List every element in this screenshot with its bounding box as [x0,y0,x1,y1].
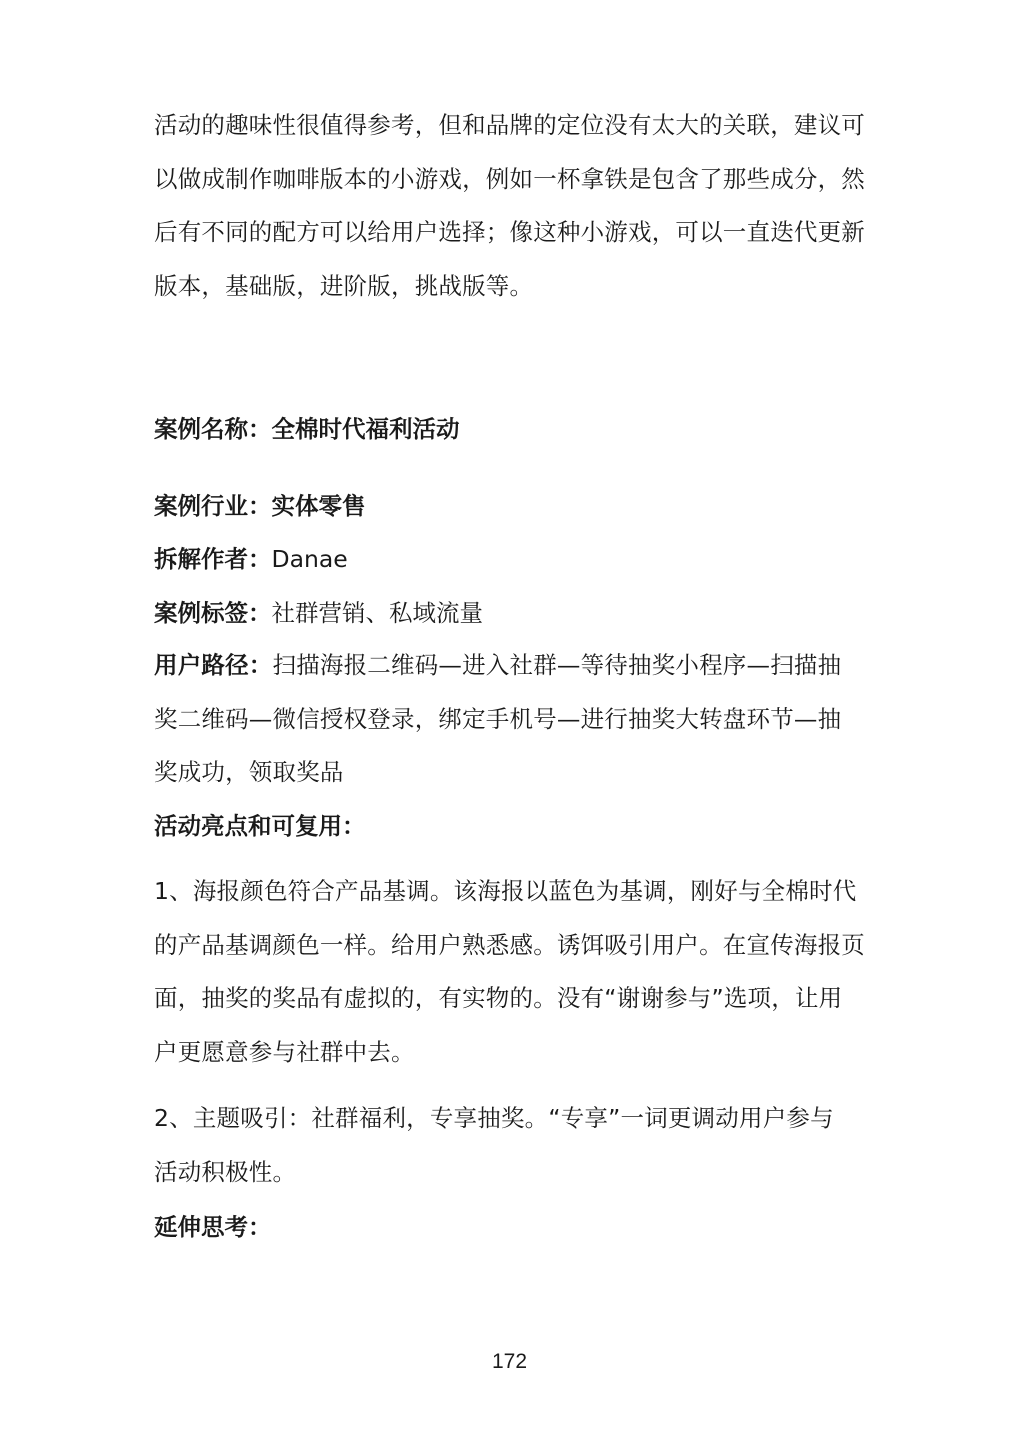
page-number: 172 [0,1350,1019,1374]
text-line: 以做成制作咖啡版本的小游戏，例如一杯拿铁是包含了那些成分，然 [154,153,870,207]
text-line: 用户路径：扫描海报二维码—进入社群—等待抽奖小程序—扫描抽 [154,639,870,693]
case-author-value: Danae [272,545,348,573]
highlight-2-paragraph: 2、主题吸引：社群福利，专享抽奖。“专享”一词更调动用户参与 活动积极性。 [154,1092,870,1199]
case-industry-row: 案例行业：实体零售 [154,491,366,521]
user-path-label: 用户路径： [154,651,273,679]
case-industry-value: 实体零售 [272,492,366,520]
case-name-value: 全棉时代福利活动 [272,415,460,443]
text-line: 版本，基础版，进阶版，挑战版等。 [154,260,870,314]
case-name-label: 案例名称： [154,415,272,443]
user-path-paragraph: 用户路径：扫描海报二维码—进入社群—等待抽奖小程序—扫描抽 奖二维码—微信授权登… [154,639,870,800]
case-industry-label: 案例行业： [154,492,272,520]
case-author-row: 拆解作者：Danae [154,544,348,574]
case-tags-label: 案例标签： [154,599,272,627]
text-line: 1、海报颜色符合产品基调。该海报以蓝色为基调，刚好与全棉时代 [154,865,870,919]
text-line: 活动的趣味性很值得参考，但和品牌的定位没有太大的关联，建议可 [154,99,870,153]
text-line: 奖二维码—微信授权登录，绑定手机号—进行抽奖大转盘环节—抽 [154,693,870,747]
text-line: 奖成功，领取奖品 [154,746,870,800]
user-path-text: 扫描海报二维码—进入社群—等待抽奖小程序—扫描抽 [273,651,842,679]
text-line: 2、主题吸引：社群福利，专享抽奖。“专享”一词更调动用户参与 [154,1092,870,1146]
text-line: 后有不同的配方可以给用户选择；像这种小游戏，可以一直迭代更新 [154,206,870,260]
highlights-heading: 活动亮点和可复用： [154,811,366,841]
text-line: 的产品基调颜色一样。给用户熟悉感。诱饵吸引用户。在宣传海报页 [154,919,870,973]
case-tags-value: 社群营销、私域流量 [272,599,484,627]
highlight-1-paragraph: 1、海报颜色符合产品基调。该海报以蓝色为基调，刚好与全棉时代 的产品基调颜色一样… [154,865,870,1079]
text-line: 面，抽奖的奖品有虚拟的，有实物的。没有“谢谢参与”选项，让用 [154,972,870,1026]
text-line: 户更愿意参与社群中去。 [154,1026,870,1080]
case-author-label: 拆解作者： [154,545,272,573]
extension-heading: 延伸思考： [154,1212,272,1242]
case-name-row: 案例名称：全棉时代福利活动 [154,414,460,444]
text-line: 活动积极性。 [154,1146,870,1200]
case-tags-row: 案例标签：社群营销、私域流量 [154,598,483,628]
intro-paragraph: 活动的趣味性很值得参考，但和品牌的定位没有太大的关联，建议可 以做成制作咖啡版本… [154,99,870,313]
